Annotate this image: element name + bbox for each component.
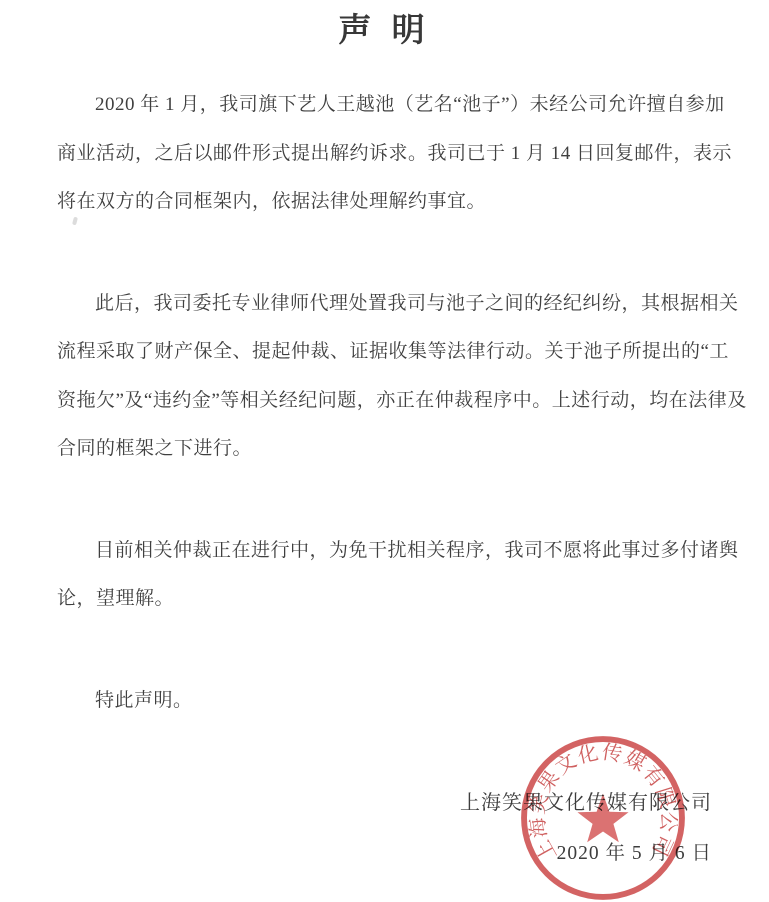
signoff-block: 上海笑果文化传媒有限公司 2020 年 5 月 6 日 (460, 778, 712, 879)
document-body: 2020 年 1 月，我司旗下艺人王越池（艺名“池子”）未经公司允许擅自参加 商… (57, 81, 747, 778)
statement-document: 声 明 2020 年 1 月，我司旗下艺人王越池（艺名“池子”）未经公司允许擅自… (0, 0, 769, 902)
company-signature: 上海笑果文化传媒有限公司 (460, 778, 712, 829)
paragraph-2: 此后，我司委托专业律师代理处置我司与池子之间的经纪纠纷，其根据相关 流程采取了财… (57, 280, 747, 474)
paragraph-3: 目前相关仲裁正在进行中，为免干扰相关程序，我司不愿将此事过多付诸舆 论，望理解。 (57, 527, 747, 624)
paragraph-1: 2020 年 1 月，我司旗下艺人王越池（艺名“池子”）未经公司允许擅自参加 商… (57, 81, 747, 227)
statement-date: 2020 年 5 月 6 日 (460, 829, 712, 880)
page-title: 声 明 (0, 4, 769, 51)
paragraph-closing: 特此声明。 (57, 677, 747, 726)
